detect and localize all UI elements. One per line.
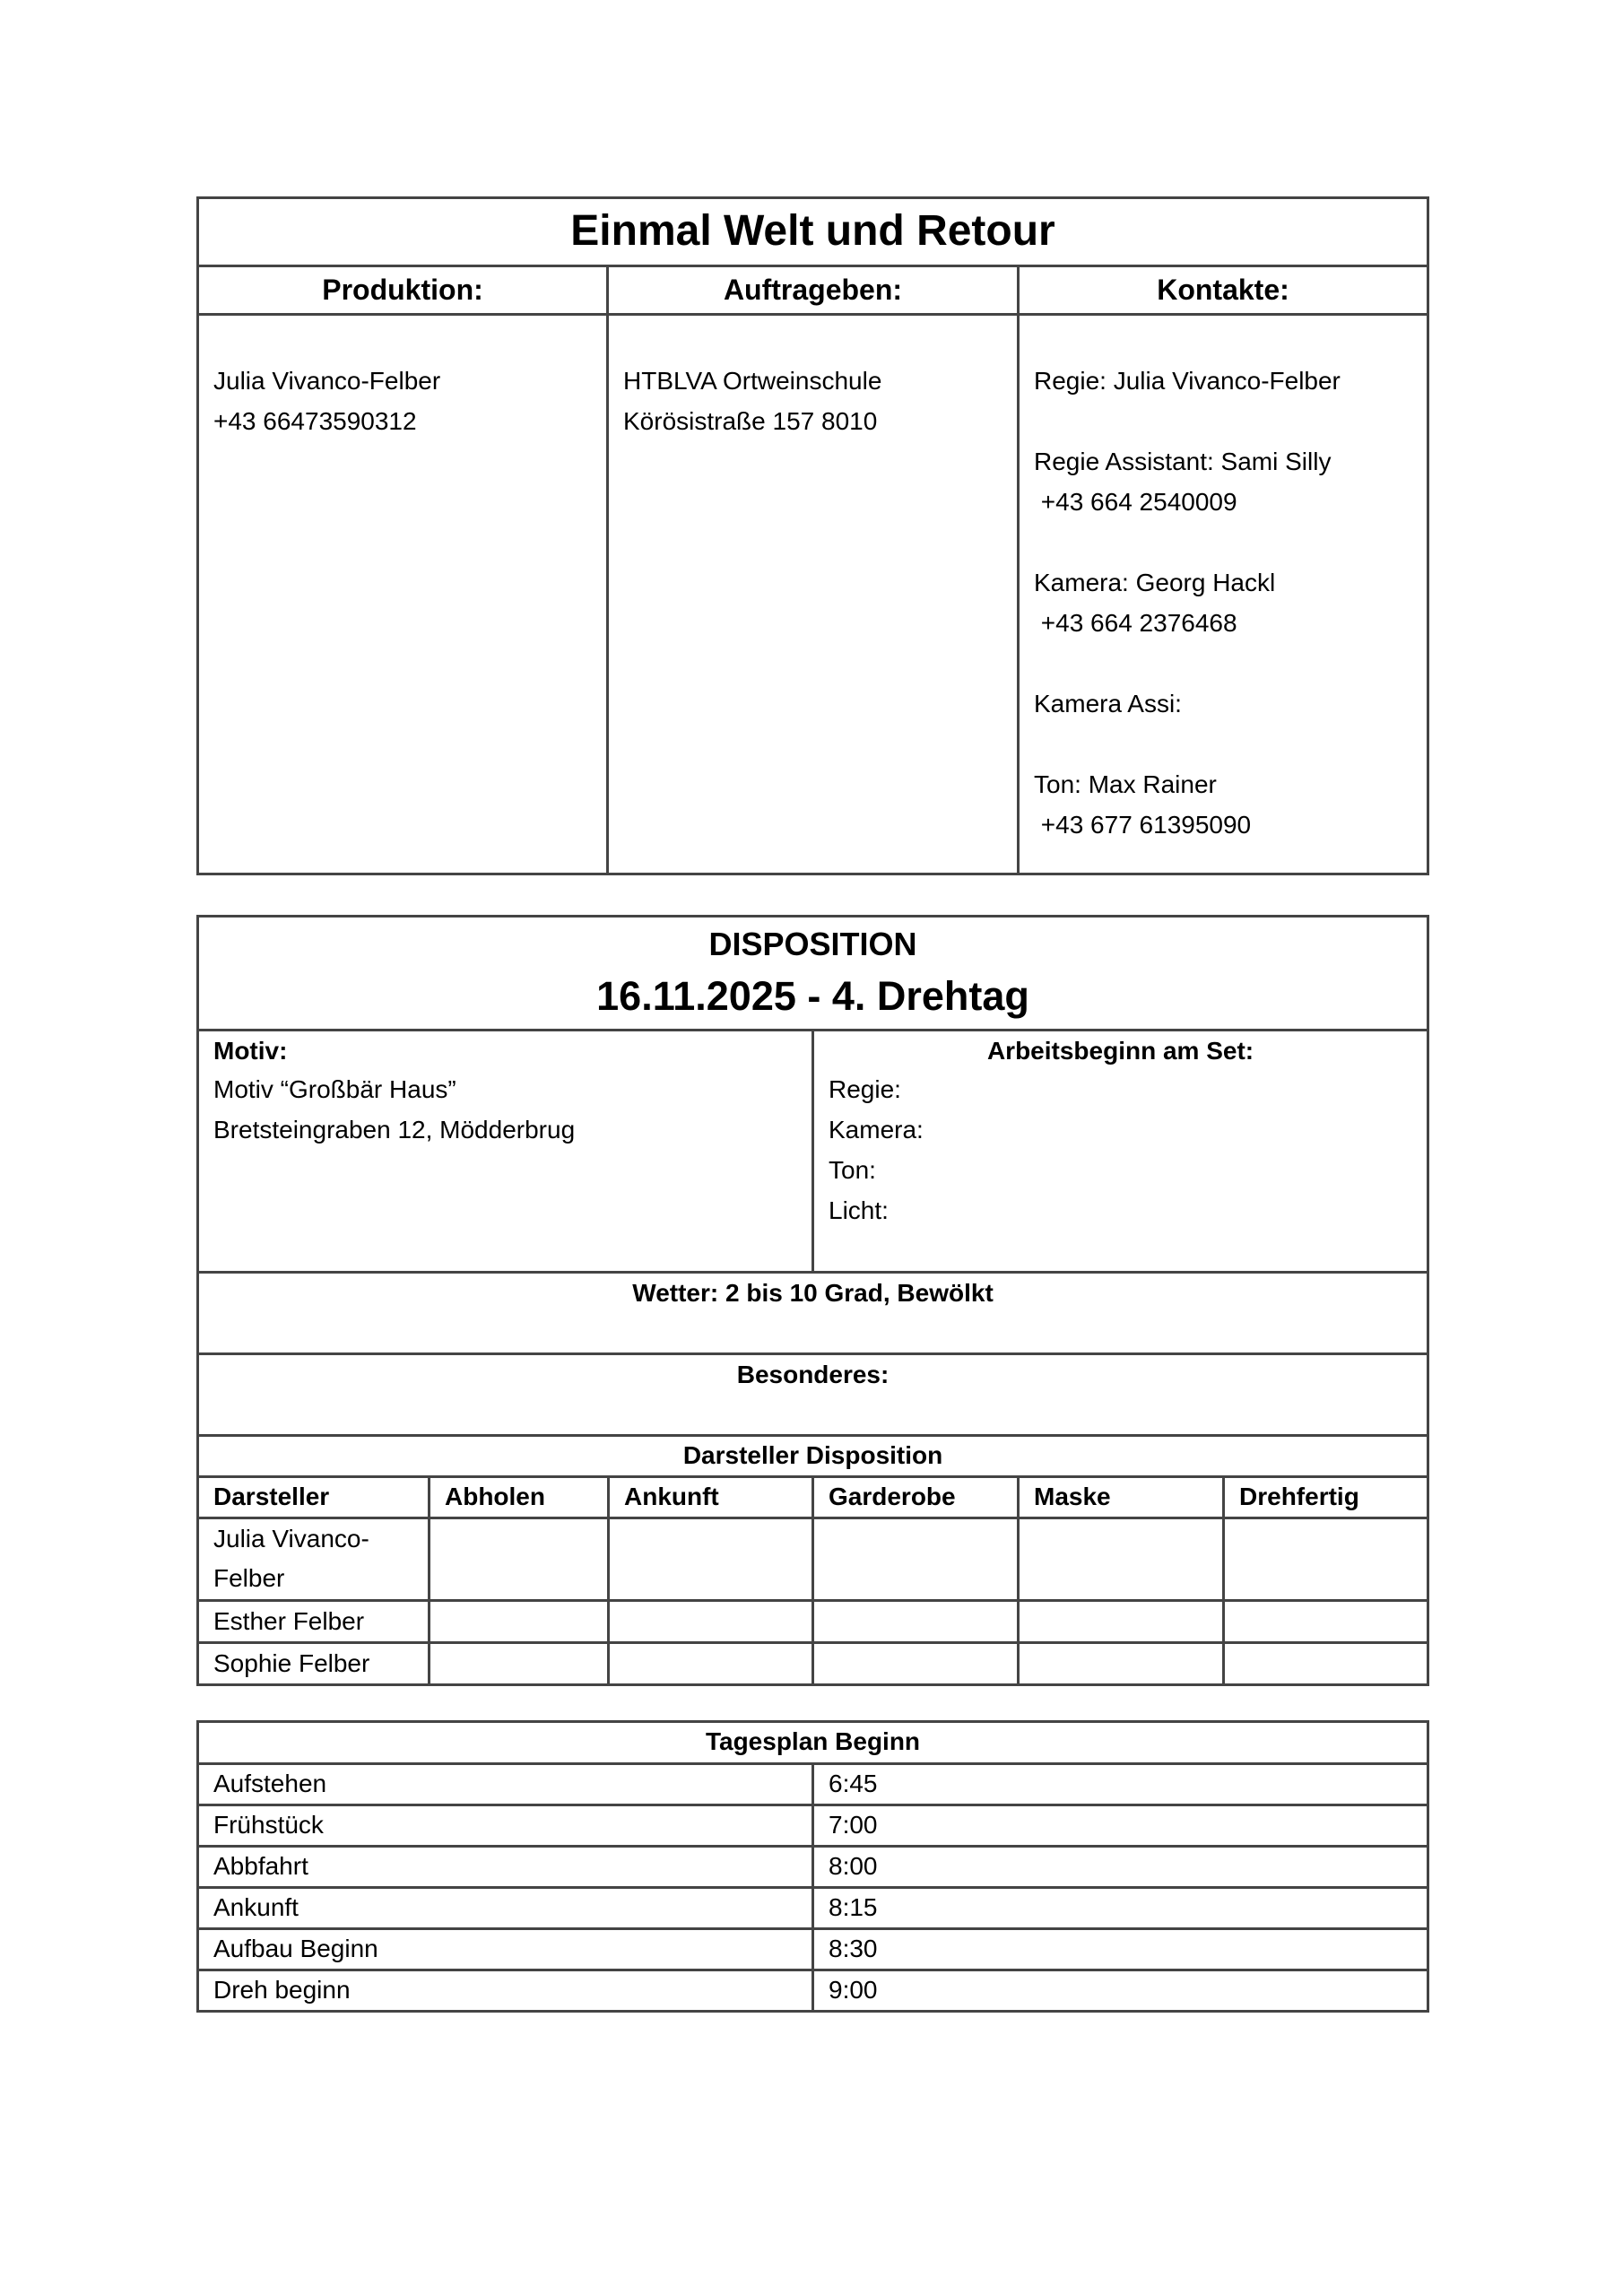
ankunft-cell [609,1601,813,1643]
schedule-activity-cell: Aufbau Beginn [198,1929,813,1970]
motiv-cell: Motiv: Motiv “Großbär Haus” Bretsteingra… [198,1031,813,1273]
schedule-time-cell: 9:00 [813,1970,1428,2012]
darsteller-disposition-title: Darsteller Disposition [199,1437,1427,1474]
ankunft-cell [609,1643,813,1685]
contact-spacer [1034,522,1427,562]
table-row: Abbfahrt 8:00 [198,1847,1428,1888]
schedule-time: 9:00 [814,1971,1427,2009]
column-header: Abholen [430,1477,609,1518]
actor-name: Julia Vivanco-Felber [199,1519,428,1598]
contact-spacer [1034,643,1427,683]
table-row: Dreh beginn 9:00 [198,1970,1428,2012]
schedule-activity-cell: Frühstück [198,1805,813,1847]
schedule-time-cell: 6:45 [813,1764,1428,1805]
contact-line: Kamera Assi: [1034,683,1427,724]
drehfertig-cell [1224,1601,1428,1643]
auftrageben-header-cell: Auftrageben: [608,266,1019,315]
besonderes-label: Besonderes: [199,1355,1427,1395]
schedule-time-cell: 8:15 [813,1888,1428,1929]
production-header-table: Einmal Welt und Retour Produktion: Auftr… [196,196,1429,875]
garderobe-cell [813,1601,1019,1643]
schedule-activity-cell: Abbfahrt [198,1847,813,1888]
auftrageben-header: Auftrageben: [609,267,1017,312]
schedule-time-cell: 8:30 [813,1929,1428,1970]
schedule-activity: Dreh beginn [199,1971,811,2009]
contact-spacer [1034,401,1427,441]
arbeitsbeginn-regie: Regie: [829,1069,1427,1109]
drehfertig-cell [1224,1643,1428,1685]
auftrageben-name: HTBLVA Ortweinschule [623,361,1017,401]
tagesplan-heading-cell: Tagesplan Beginn [198,1722,1428,1764]
actor-name: Sophie Felber [199,1644,428,1683]
auftrageben-cell: HTBLVA Ortweinschule Körösistraße 157 80… [608,315,1019,874]
schedule-time: 8:00 [814,1848,1427,1885]
ankunft-cell [609,1518,813,1601]
motiv-name: Motiv “Großbär Haus” [213,1069,811,1109]
column-header: Garderobe [813,1477,1019,1518]
table-row: Julia Vivanco-Felber [198,1518,1428,1601]
motiv-address: Bretsteingraben 12, Mödderbrug [213,1109,811,1150]
actor-name-cell: Esther Felber [198,1601,430,1643]
actor-name-cell: Julia Vivanco-Felber [198,1518,430,1601]
wetter-text: Wetter: 2 bis 10 Grad, Bewölkt [199,1274,1427,1313]
produktion-name: Julia Vivanco-Felber [213,361,606,401]
column-header: Maske [1019,1477,1224,1518]
schedule-activity-cell: Dreh beginn [198,1970,813,2012]
tagesplan-title: Tagesplan Beginn [199,1723,1427,1761]
contact-phone: +43 664 2540009 [1034,482,1427,522]
produktion-phone: +43 66473590312 [213,401,606,441]
contact-line: Kamera: Georg Hackl [1034,562,1427,603]
contact-line: Ton: Max Rainer [1034,764,1427,804]
produktion-header-cell: Produktion: [198,266,608,315]
arbeitsbeginn-kamera: Kamera: [829,1109,1427,1150]
drehfertig-cell [1224,1518,1428,1601]
document-title: Einmal Welt und Retour [199,199,1427,264]
kontakte-cell: Regie: Julia Vivanco-Felber Regie Assist… [1019,315,1428,874]
disposition-title: DISPOSITION [199,918,1427,968]
kontakte-header: Kontakte: [1020,267,1427,312]
disposition-heading-cell: DISPOSITION 16.11.2025 - 4. Drehtag [198,917,1428,1031]
kontakte-header-cell: Kontakte: [1019,266,1428,315]
maske-cell [1019,1643,1224,1685]
schedule-activity: Aufstehen [199,1765,811,1803]
garderobe-cell [813,1518,1019,1601]
produktion-header: Produktion: [199,267,606,312]
abholen-cell [430,1601,609,1643]
auftrageben-address: Körösistraße 157 8010 [623,401,1017,441]
title-cell: Einmal Welt und Retour [198,198,1428,266]
table-row: Sophie Felber [198,1643,1428,1685]
darsteller-disposition-heading-cell: Darsteller Disposition [198,1436,1428,1477]
besonderes-cell: Besonderes: [198,1354,1428,1436]
arbeitsbeginn-cell: Arbeitsbeginn am Set: Regie: Kamera: Ton… [813,1031,1428,1273]
contact-line: Regie Assistant: Sami Silly [1034,441,1427,482]
column-header: Drehfertig [1224,1477,1428,1518]
arbeitsbeginn-licht: Licht: [829,1190,1427,1231]
column-header: Ankunft [609,1477,813,1518]
produktion-cell: Julia Vivanco-Felber +43 66473590312 [198,315,608,874]
motiv-label: Motiv: [213,1033,811,1069]
garderobe-cell [813,1643,1019,1685]
column-header: Darsteller [198,1477,430,1518]
actor-name: Esther Felber [199,1602,428,1641]
abholen-cell [430,1518,609,1601]
schedule-time: 6:45 [814,1765,1427,1803]
maske-cell [1019,1601,1224,1643]
table-row: Esther Felber [198,1601,1428,1643]
schedule-time-cell: 7:00 [813,1805,1428,1847]
contact-spacer [1034,724,1427,764]
contact-phone: +43 677 61395090 [1034,804,1427,845]
tagesplan-table: Tagesplan Beginn Aufstehen 6:45 Frühstüc… [196,1720,1429,2013]
table-row: Aufbau Beginn 8:30 [198,1929,1428,1970]
schedule-time: 8:15 [814,1889,1427,1926]
table-row: Frühstück 7:00 [198,1805,1428,1847]
table-row: Ankunft 8:15 [198,1888,1428,1929]
contact-phone: +43 664 2376468 [1034,603,1427,643]
schedule-time: 8:30 [814,1930,1427,1968]
maske-cell [1019,1518,1224,1601]
disposition-date: 16.11.2025 - 4. Drehtag [199,968,1427,1025]
schedule-time: 7:00 [814,1806,1427,1844]
abholen-cell [430,1643,609,1685]
schedule-activity: Aufbau Beginn [199,1930,811,1968]
arbeitsbeginn-ton: Ton: [829,1150,1427,1190]
arbeitsbeginn-label: Arbeitsbeginn am Set: [829,1033,1427,1069]
schedule-activity-cell: Ankunft [198,1888,813,1929]
table-row: Aufstehen 6:45 [198,1764,1428,1805]
wetter-cell: Wetter: 2 bis 10 Grad, Bewölkt [198,1273,1428,1354]
schedule-time-cell: 8:00 [813,1847,1428,1888]
actor-name-cell: Sophie Felber [198,1643,430,1685]
schedule-activity: Abbfahrt [199,1848,811,1885]
contact-line: Regie: Julia Vivanco-Felber [1034,361,1427,401]
schedule-activity-cell: Aufstehen [198,1764,813,1805]
disposition-table: DISPOSITION 16.11.2025 - 4. Drehtag Moti… [196,915,1429,1686]
schedule-activity: Ankunft [199,1889,811,1926]
schedule-activity: Frühstück [199,1806,811,1844]
